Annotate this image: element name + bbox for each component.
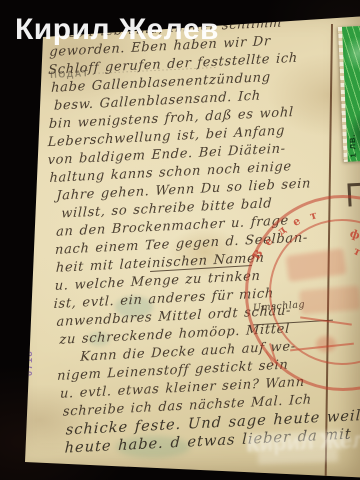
violet-control-mark: 0718	[24, 350, 34, 376]
censor-ink-blob	[299, 285, 360, 314]
ghost-watermark: Кирил Желев	[246, 426, 360, 457]
photo-stage: ПОДАТ ······························· n …	[0, 0, 360, 480]
seller-watermark: Кирил Желев	[15, 13, 219, 47]
censor-stamp: В е д е т ф т	[0, 0, 360, 480]
postcard: ПОДАТ ······························· n …	[0, 0, 360, 480]
